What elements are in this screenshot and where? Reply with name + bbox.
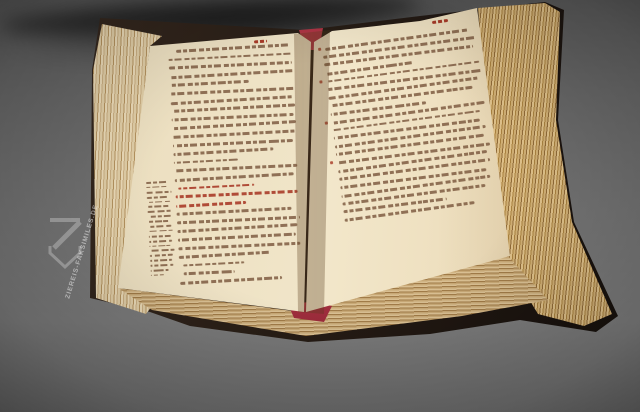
manuscript-text-line xyxy=(176,201,246,208)
margin-gloss-line xyxy=(149,239,172,242)
manuscript-text-line xyxy=(174,158,238,164)
manuscript-text-line xyxy=(172,129,295,138)
manuscript-text-line xyxy=(177,224,297,234)
manuscript-text-line xyxy=(171,104,295,113)
photo-stage: ZIEREIS-FAKSIMILES.DE xyxy=(0,0,640,412)
manuscript-text-line xyxy=(174,164,297,172)
margin-gloss-line xyxy=(147,196,168,199)
manuscript-text-line xyxy=(179,251,272,259)
manuscript-text-line xyxy=(169,61,292,69)
margin-gloss-line xyxy=(148,220,169,222)
margin-gloss-line xyxy=(148,215,171,218)
margin-gloss-line xyxy=(150,264,173,267)
manuscript-text-line xyxy=(176,190,298,198)
manuscript-text-line xyxy=(178,183,255,190)
margin-gloss-line xyxy=(147,200,170,203)
right-page-text-block xyxy=(322,27,504,227)
margin-gloss-line xyxy=(149,230,174,233)
manuscript-text-line xyxy=(172,113,294,121)
manuscript-text-line xyxy=(170,87,294,95)
margin-gloss-line xyxy=(148,225,171,228)
manuscript-text-line xyxy=(170,80,249,87)
manuscript-text-line xyxy=(180,276,282,285)
manuscript-text-line xyxy=(169,69,293,79)
manuscript-text-line xyxy=(183,261,244,267)
manuscript-text-line xyxy=(177,216,300,224)
manuscript-text-line xyxy=(168,52,292,61)
margin-gloss-line xyxy=(148,210,173,213)
margin-gloss-line xyxy=(150,259,172,262)
manuscript-text-line xyxy=(171,95,294,105)
manuscript-text-line xyxy=(177,207,292,216)
margin-gloss-line xyxy=(147,205,169,208)
margin-gloss-line xyxy=(149,235,171,238)
ziereis-shield-z-logo-icon xyxy=(42,212,88,272)
margin-gloss-line xyxy=(147,191,172,194)
left-page-text-block xyxy=(168,43,308,290)
margin-gloss-line xyxy=(149,244,170,247)
manuscript-text-line xyxy=(184,270,235,275)
manuscript-text-line xyxy=(178,233,296,242)
margin-gloss-line xyxy=(146,181,169,184)
margin-gloss-line xyxy=(150,249,175,252)
manuscript-text-line xyxy=(178,241,300,249)
manuscript-text-line xyxy=(172,120,296,130)
margin-gloss-line xyxy=(146,186,168,189)
manuscript-text-line xyxy=(175,172,294,182)
margin-gloss-line xyxy=(151,269,169,272)
manuscript-text-line xyxy=(173,138,293,146)
left-page-margin-gloss xyxy=(146,181,177,280)
margin-gloss-line xyxy=(150,254,173,257)
margin-gloss-line xyxy=(151,274,164,276)
manuscript-text-line xyxy=(173,147,273,155)
